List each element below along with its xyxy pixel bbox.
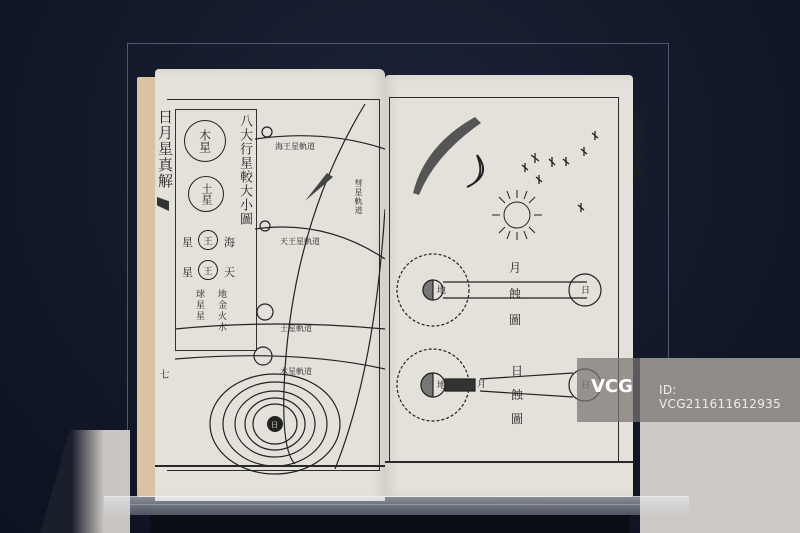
svg-text:日: 日 <box>271 421 278 429</box>
vcg-watermark: VCG ID: VCG211611612935 <box>577 358 800 422</box>
acrylic-book-stand <box>104 496 689 515</box>
svg-text:土星軌道: 土星軌道 <box>280 323 312 333</box>
solar-system-diagram: 日 海王星軌道 天王星軌道 土星軌道 木星軌道 <box>155 69 385 501</box>
page-number: 七 <box>155 369 170 380</box>
stars-icon <box>522 131 598 212</box>
stand-shadow <box>150 515 630 533</box>
svg-text:地: 地 <box>437 284 446 296</box>
right-bottom-rule <box>385 461 633 463</box>
comet-orbit-label: 彗星軌道 <box>353 179 364 215</box>
right-page: 日月星真解 <box>385 75 633 497</box>
svg-text:木星軌道: 木星軌道 <box>280 366 312 376</box>
open-book: 日月星真解 八大行星較大小圖 木星 土星 星 王 海 星 王 天 球星星 地金火… <box>137 67 635 505</box>
svg-text:日: 日 <box>581 285 590 296</box>
vcg-image-id: ID: VCG211611612935 <box>659 383 800 411</box>
solar-eclipse-title: 日蝕圖 <box>511 359 523 431</box>
svg-text:地: 地 <box>437 379 446 391</box>
crescent-moon-icon <box>467 155 483 187</box>
vcg-logo: VCG <box>591 376 633 397</box>
svg-text:海王星軌道: 海王星軌道 <box>275 141 315 151</box>
sun-icon <box>492 190 542 240</box>
lunar-eclipse-title: 月蝕圖 <box>509 255 521 333</box>
svg-text:天王星軌道: 天王星軌道 <box>280 236 320 246</box>
svg-text:月: 月 <box>477 379 486 390</box>
left-page: 日月星真解 八大行星較大小圖 木星 土星 星 王 海 星 王 天 球星星 地金火… <box>155 69 385 501</box>
comet-icon <box>413 117 481 195</box>
left-bottom-rule <box>155 465 385 467</box>
